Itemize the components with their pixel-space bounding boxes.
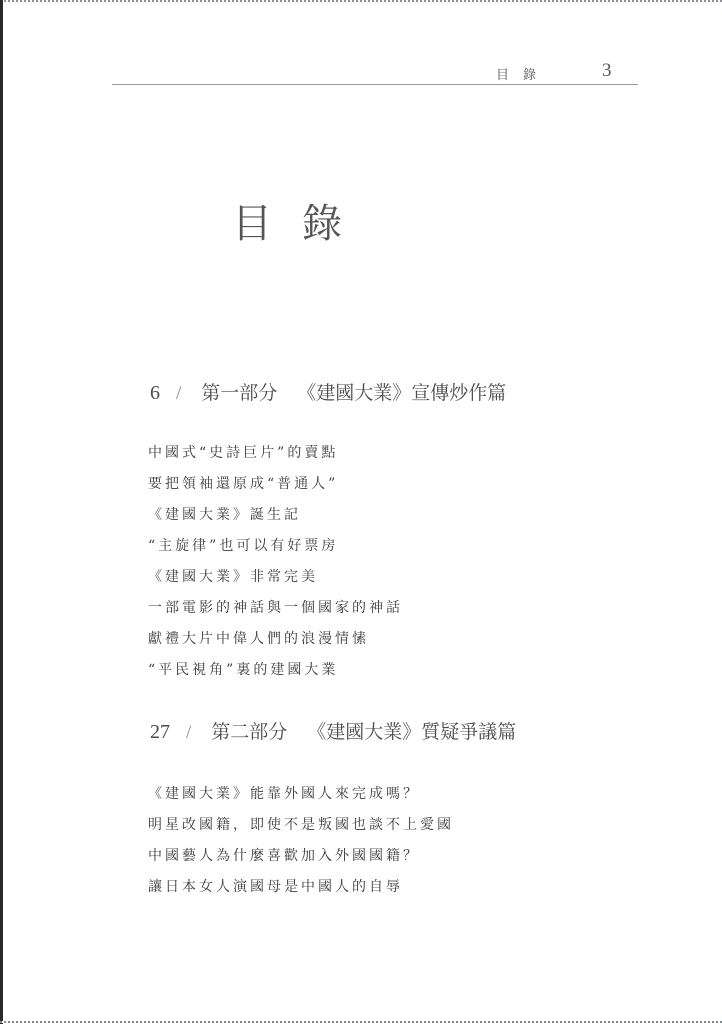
section-page-number: 27 — [150, 721, 170, 744]
toc-entry: 中國藝人為什麼喜歡加入外國國籍？ — [148, 841, 454, 872]
toc-entry: “主旋律”也可以有好票房 — [148, 531, 403, 562]
toc-entry: 要把領袖還原成“普通人” — [148, 469, 403, 500]
running-head-title: 目錄 — [496, 64, 550, 83]
section-part-label: 第一部分 — [201, 378, 277, 405]
toc-list-section-2: 《建國大業》能靠外國人來完成嗎？ 明星改國籍，即使不是叛國也談不上愛國 中國藝人… — [148, 779, 454, 903]
toc-entry: 明星改國籍，即使不是叛國也談不上愛國 — [148, 810, 454, 841]
section-title: 《建國大業》質疑爭議篇 — [307, 717, 516, 744]
toc-entry: 一部電影的神話與一個國家的神話 — [148, 593, 403, 624]
section-separator: / — [186, 722, 191, 744]
toc-entry: 《建國大業》能靠外國人來完成嗎？ — [148, 779, 454, 810]
page-left-edge — [0, 0, 3, 1024]
header-rule — [112, 84, 638, 85]
section-heading-1: 6 / 第一部分 《建國大業》宣傳炒作篇 — [150, 378, 506, 408]
page-bottom-edge — [0, 1021, 722, 1023]
toc-entry: 獻禮大片中偉人們的浪漫情愫 — [148, 624, 403, 655]
toc-list-section-1: 中國式“史詩巨片”的賣點 要把領袖還原成“普通人” 《建國大業》誕生記 “主旋律… — [148, 438, 403, 686]
section-separator: / — [176, 383, 181, 405]
toc-entry: 讓日本女人演國母是中國人的自辱 — [148, 872, 454, 903]
toc-entry: 中國式“史詩巨片”的賣點 — [148, 438, 403, 469]
section-page-number: 6 — [150, 382, 160, 405]
section-part-label: 第二部分 — [211, 717, 287, 744]
page-number: 3 — [602, 60, 612, 82]
toc-entry: 《建國大業》誕生記 — [148, 500, 403, 531]
page-title: 目錄 — [232, 192, 372, 249]
toc-entry: “平民視角”裏的建國大業 — [148, 655, 403, 686]
page-top-edge — [0, 0, 722, 2]
section-heading-2: 27 / 第二部分 《建國大業》質疑爭議篇 — [150, 717, 516, 747]
running-head: 目錄 3 — [112, 62, 638, 84]
toc-entry: 《建國大業》非常完美 — [148, 562, 403, 593]
section-title: 《建國大業》宣傳炒作篇 — [297, 378, 506, 405]
book-page: 目錄 3 目錄 6 / 第一部分 《建國大業》宣傳炒作篇 中國式“史詩巨片”的賣… — [0, 0, 722, 1024]
